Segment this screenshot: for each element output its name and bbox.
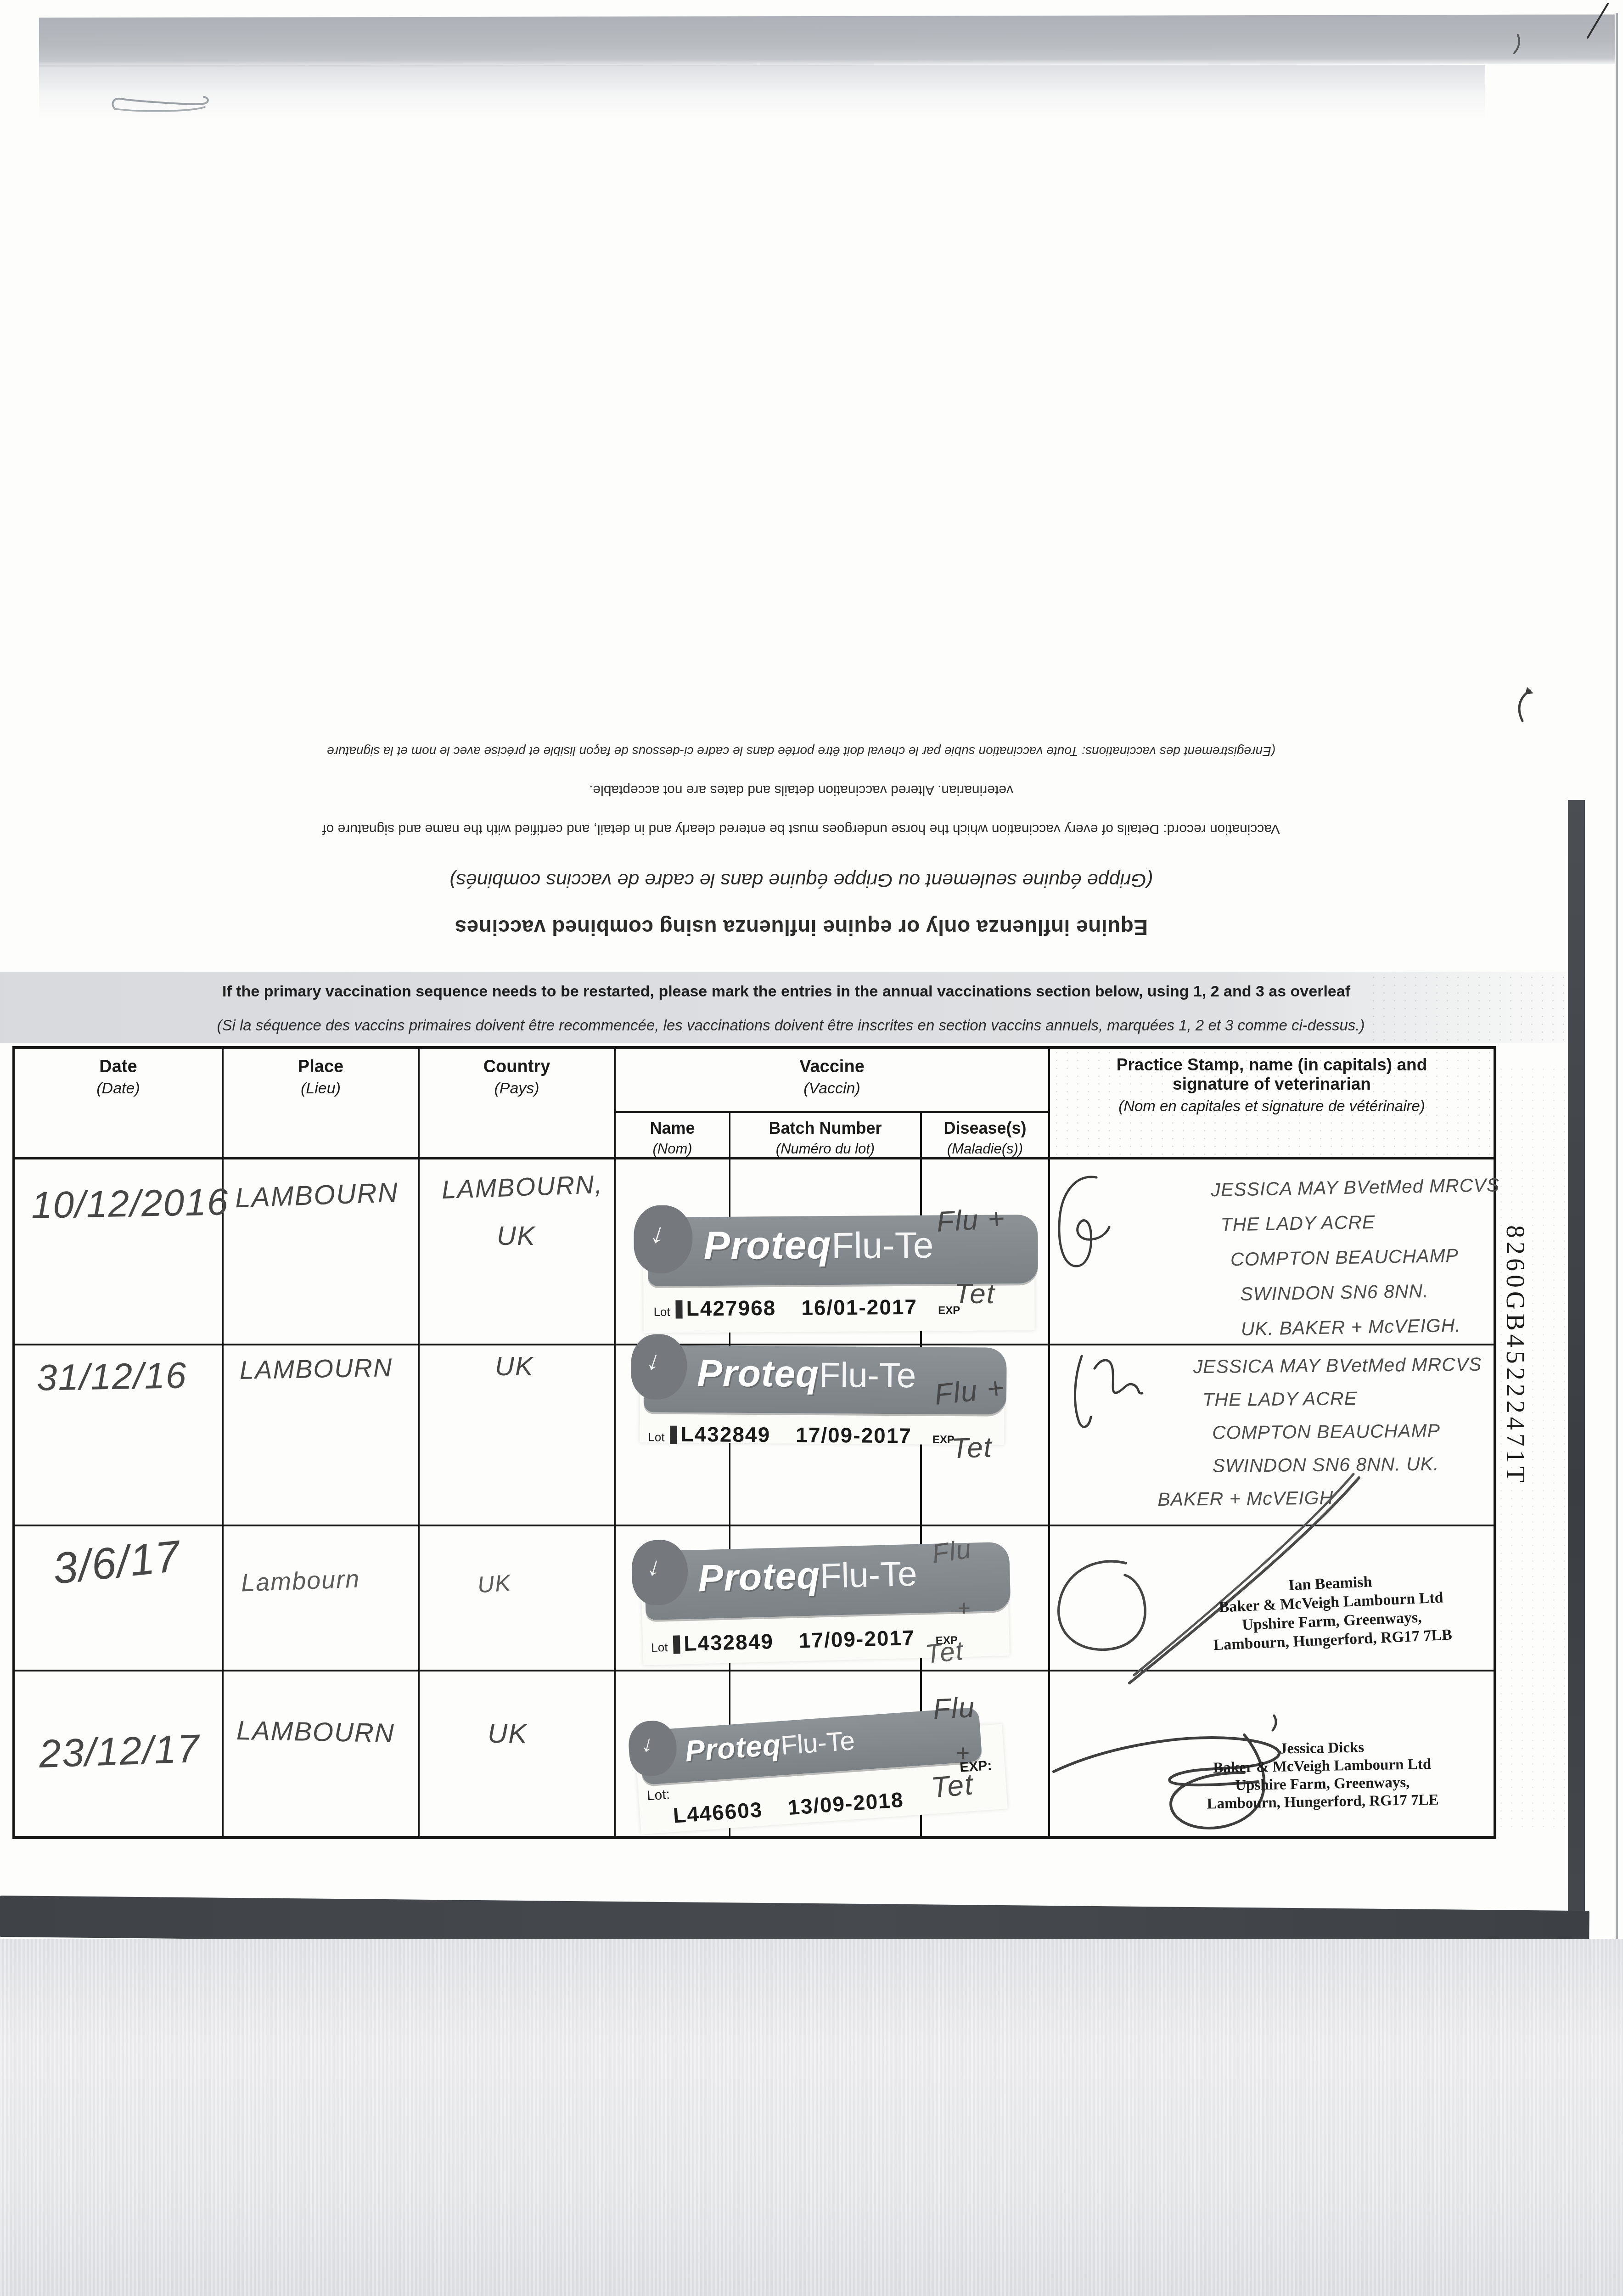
scan-page-edge-line	[1616, 13, 1618, 1987]
document-number-vertical: 8260GB45222471T	[1500, 1225, 1530, 1574]
barcode-mark	[670, 1426, 677, 1444]
vaccine-logo-arrow-icon: ↓	[631, 1334, 687, 1400]
country-handwritten: LAMBOURN,	[441, 1169, 603, 1204]
lot-number: L432849	[680, 1422, 770, 1446]
disease-handwritten: Tet	[951, 1431, 993, 1465]
page-subtitle-fr-rotated: (Grippe équine seulement ou Grippe équin…	[96, 869, 1506, 891]
date-handwritten: 23/12/17	[38, 1726, 201, 1777]
column-header-practice-stamp: Practice Stamp, name (in capitals) and s…	[1050, 1055, 1494, 1115]
place-handwritten: Lambourn	[241, 1564, 360, 1597]
disease-handwritten: Tet	[954, 1277, 995, 1310]
date-handwritten: 3/6/17	[51, 1531, 183, 1595]
disease-handwritten: Tet	[924, 1635, 966, 1670]
column-header-date: Date (Date)	[15, 1057, 222, 1097]
place-handwritten: LAMBOURN	[236, 1715, 395, 1749]
disease-handwritten: Flu +	[936, 1202, 1006, 1238]
lot-label: Lot	[653, 1305, 670, 1319]
record-note-line1: Vaccination record: Details of every vac…	[96, 810, 1506, 849]
record-note-fr-rotated: (Enregistrement des vaccinations: Toute …	[96, 744, 1506, 759]
vaccine-logo-arrow-icon: ↓	[627, 1719, 679, 1778]
vaccine-brand-light: Flu-Te	[831, 1225, 934, 1266]
vaccine-brand-bold: Proteq	[697, 1352, 819, 1395]
disease-handwritten: +	[957, 1596, 971, 1621]
country-handwritten: UK	[488, 1717, 528, 1749]
practice-stamp-handwritten: JESSICA MAY BVetMed MRCVS THE LADY ACRE …	[1192, 1167, 1502, 1347]
scanned-vaccination-record-page: Equine influenza only or equine influenz…	[0, 0, 1623, 2296]
curl-mark	[1511, 687, 1534, 724]
column-header-place: Place (Lieu)	[224, 1057, 418, 1097]
upside-down-header: Equine influenza only or equine influenz…	[96, 707, 1506, 967]
record-note-line2: veterinarian. Altered vaccination detail…	[96, 771, 1506, 810]
column-header-vaccine: Vaccine (Vaccin)	[616, 1057, 1048, 1097]
vaccine-brand-bold: Proteq	[697, 1554, 820, 1599]
barcode-mark	[673, 1635, 680, 1654]
vaccine-brand-light: Flu-Te	[780, 1726, 856, 1761]
lot-label: Lot:	[646, 1787, 670, 1803]
vaccine-logo-arrow-icon: ↓	[631, 1539, 689, 1606]
scan-underlying-page	[0, 1939, 1623, 2296]
place-handwritten: LAMBOURN	[235, 1176, 399, 1214]
vaccine-brand-bold: Proteq	[684, 1728, 782, 1767]
vaccine-brand-light: Flu-Te	[819, 1356, 916, 1395]
vaccination-record-note-rotated: Vaccination record: Details of every vac…	[96, 771, 1506, 849]
disease-handwritten: Flu	[932, 1691, 976, 1726]
lot-number: L432849	[684, 1629, 774, 1655]
column-header-name: Name (Nom)	[616, 1119, 729, 1157]
scan-top-edge-band	[39, 14, 1615, 67]
scan-top-shadow	[39, 65, 1485, 120]
signature-scribble	[1064, 1349, 1145, 1432]
expiry-date: 17/09-2017	[796, 1423, 912, 1448]
date-handwritten: 10/12/2016	[31, 1181, 229, 1227]
lot-number: L427968	[686, 1296, 776, 1320]
practice-stamp-printed: Ian Beamish Baker & McVeigh Lambourn Ltd…	[1174, 1567, 1489, 1656]
expiry-date: 17/09-2017	[798, 1626, 915, 1653]
column-header-batch: Batch Number (Numéro du lot)	[730, 1119, 920, 1157]
column-header-country: Country (Pays)	[420, 1057, 614, 1097]
expiry-date: 16/01-2017	[801, 1295, 917, 1320]
lot-label: Lot	[648, 1430, 664, 1444]
barcode-mark	[676, 1300, 683, 1318]
disease-handwritten: Tet	[930, 1767, 975, 1805]
page-title-rotated: Equine influenza only or equine influenz…	[96, 915, 1506, 940]
place-handwritten: LAMBOURN	[239, 1352, 393, 1385]
restart-instruction-fr: (Si la séquence des vaccins primaires do…	[14, 1017, 1568, 1034]
vaccine-brand-bold: Proteq	[703, 1223, 831, 1268]
country-handwritten: UK	[497, 1221, 536, 1251]
vaccine-logo-arrow-icon: ↓	[634, 1205, 693, 1273]
signature-scribble	[1050, 1172, 1122, 1271]
scan-right-edge-band	[1568, 800, 1585, 1948]
date-handwritten: 31/12/16	[36, 1354, 187, 1399]
lot-label: Lot	[651, 1640, 668, 1654]
column-header-disease: Disease(s) (Maladie(s))	[922, 1119, 1048, 1157]
disease-handwritten: +	[956, 1739, 970, 1766]
ink-fleck	[1512, 33, 1526, 56]
staple-mark	[107, 93, 217, 119]
vaccine-brand-light: Flu-Te	[820, 1554, 917, 1596]
restart-instruction-en: If the primary vaccination sequence need…	[18, 983, 1554, 1001]
corner-tick-mark	[1579, 2, 1612, 40]
signature-circle-scribble	[1052, 1558, 1153, 1656]
country-handwritten: UK	[477, 1570, 512, 1598]
disease-handwritten: Flu	[930, 1533, 974, 1569]
country-handwritten: UK	[495, 1351, 534, 1382]
practice-stamp-printed: Jessica Dicks Baker & McVeigh Lambourn L…	[1166, 1737, 1479, 1814]
